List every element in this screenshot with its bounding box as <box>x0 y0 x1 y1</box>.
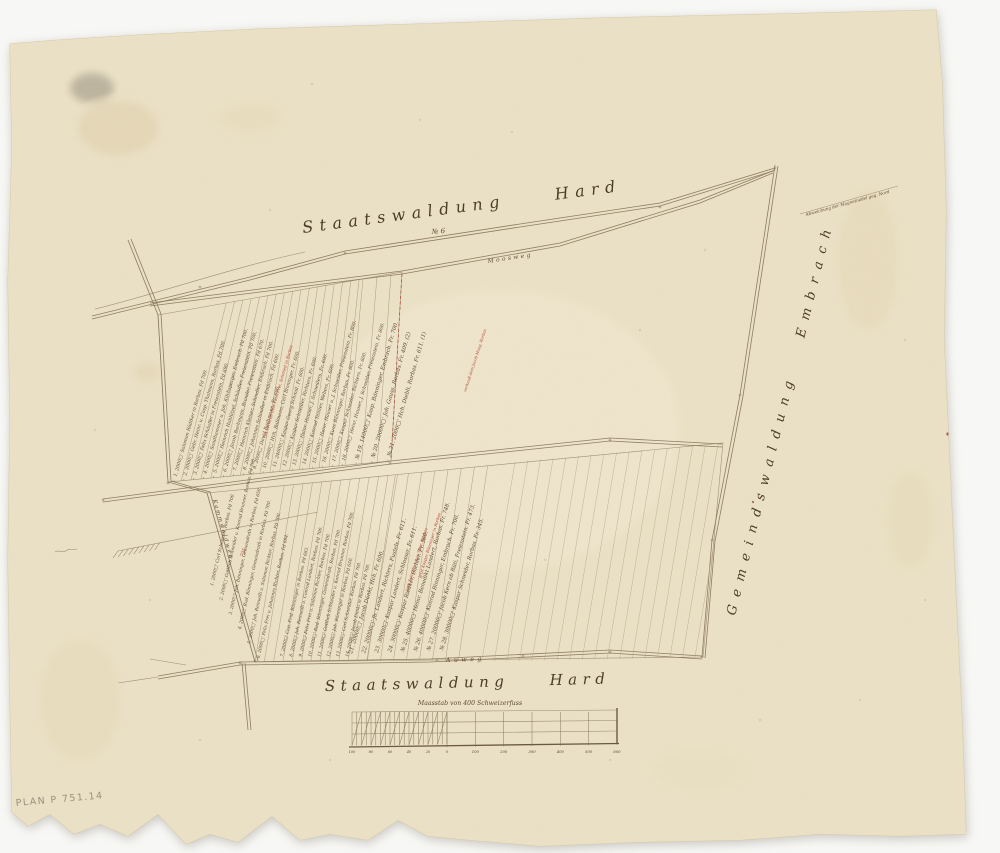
scale-minor-label: 20 <box>425 750 431 754</box>
paper-grain <box>0 0 1000 853</box>
scale-minor-label: 100 <box>349 750 356 754</box>
scanned-map-page: 1. 2000□' Salomon Rüdiker in Rorbas. Fd … <box>0 0 1000 853</box>
dark-speck <box>752 501 754 503</box>
foxing-dot <box>269 209 271 211</box>
red-speck <box>946 432 949 435</box>
foxing-dot <box>329 759 331 761</box>
foxing-dot <box>311 83 313 85</box>
foxing-dot <box>199 739 201 741</box>
foxing-dot <box>859 699 861 701</box>
foxing-dot <box>94 429 96 431</box>
foxing-dot <box>419 119 421 121</box>
plot-number-6: № 6 <box>430 227 445 236</box>
foxing-dot <box>639 329 641 331</box>
scale-major-label: 400 <box>556 749 565 754</box>
scale-title: Maasstab von 400 Schweizerfuss <box>417 700 522 707</box>
foxing-dot <box>904 339 906 341</box>
foxing-dot <box>704 249 706 251</box>
scale-major-label: 500 <box>585 749 593 754</box>
foxing-dot <box>544 559 546 561</box>
historic-cadastral-map: 1. 2000□' Salomon Rüdiker in Rorbas. Fd … <box>0 0 1000 853</box>
foxing-dot <box>609 759 611 761</box>
scale-minor-label: 60 <box>388 750 393 754</box>
auweg-label: Auweg <box>445 656 485 664</box>
scale-major-label: 600 <box>613 749 621 754</box>
scale-major-label: 100 <box>472 749 480 754</box>
dark-speck-2 <box>757 493 759 495</box>
scale-major-label: 300 <box>528 749 536 754</box>
foxing-dot <box>924 599 926 601</box>
scale-major-label: 200 <box>499 749 508 754</box>
foxing-dot <box>149 599 151 601</box>
scale-minor-label: 40 <box>406 750 412 754</box>
paper-surface: 1. 2000□' Salomon Rüdiker in Rorbas. Fd … <box>0 0 1000 853</box>
scale-minor-label: 80 <box>369 750 374 754</box>
foxing-dot <box>759 719 761 721</box>
foxing-dot <box>511 131 513 133</box>
